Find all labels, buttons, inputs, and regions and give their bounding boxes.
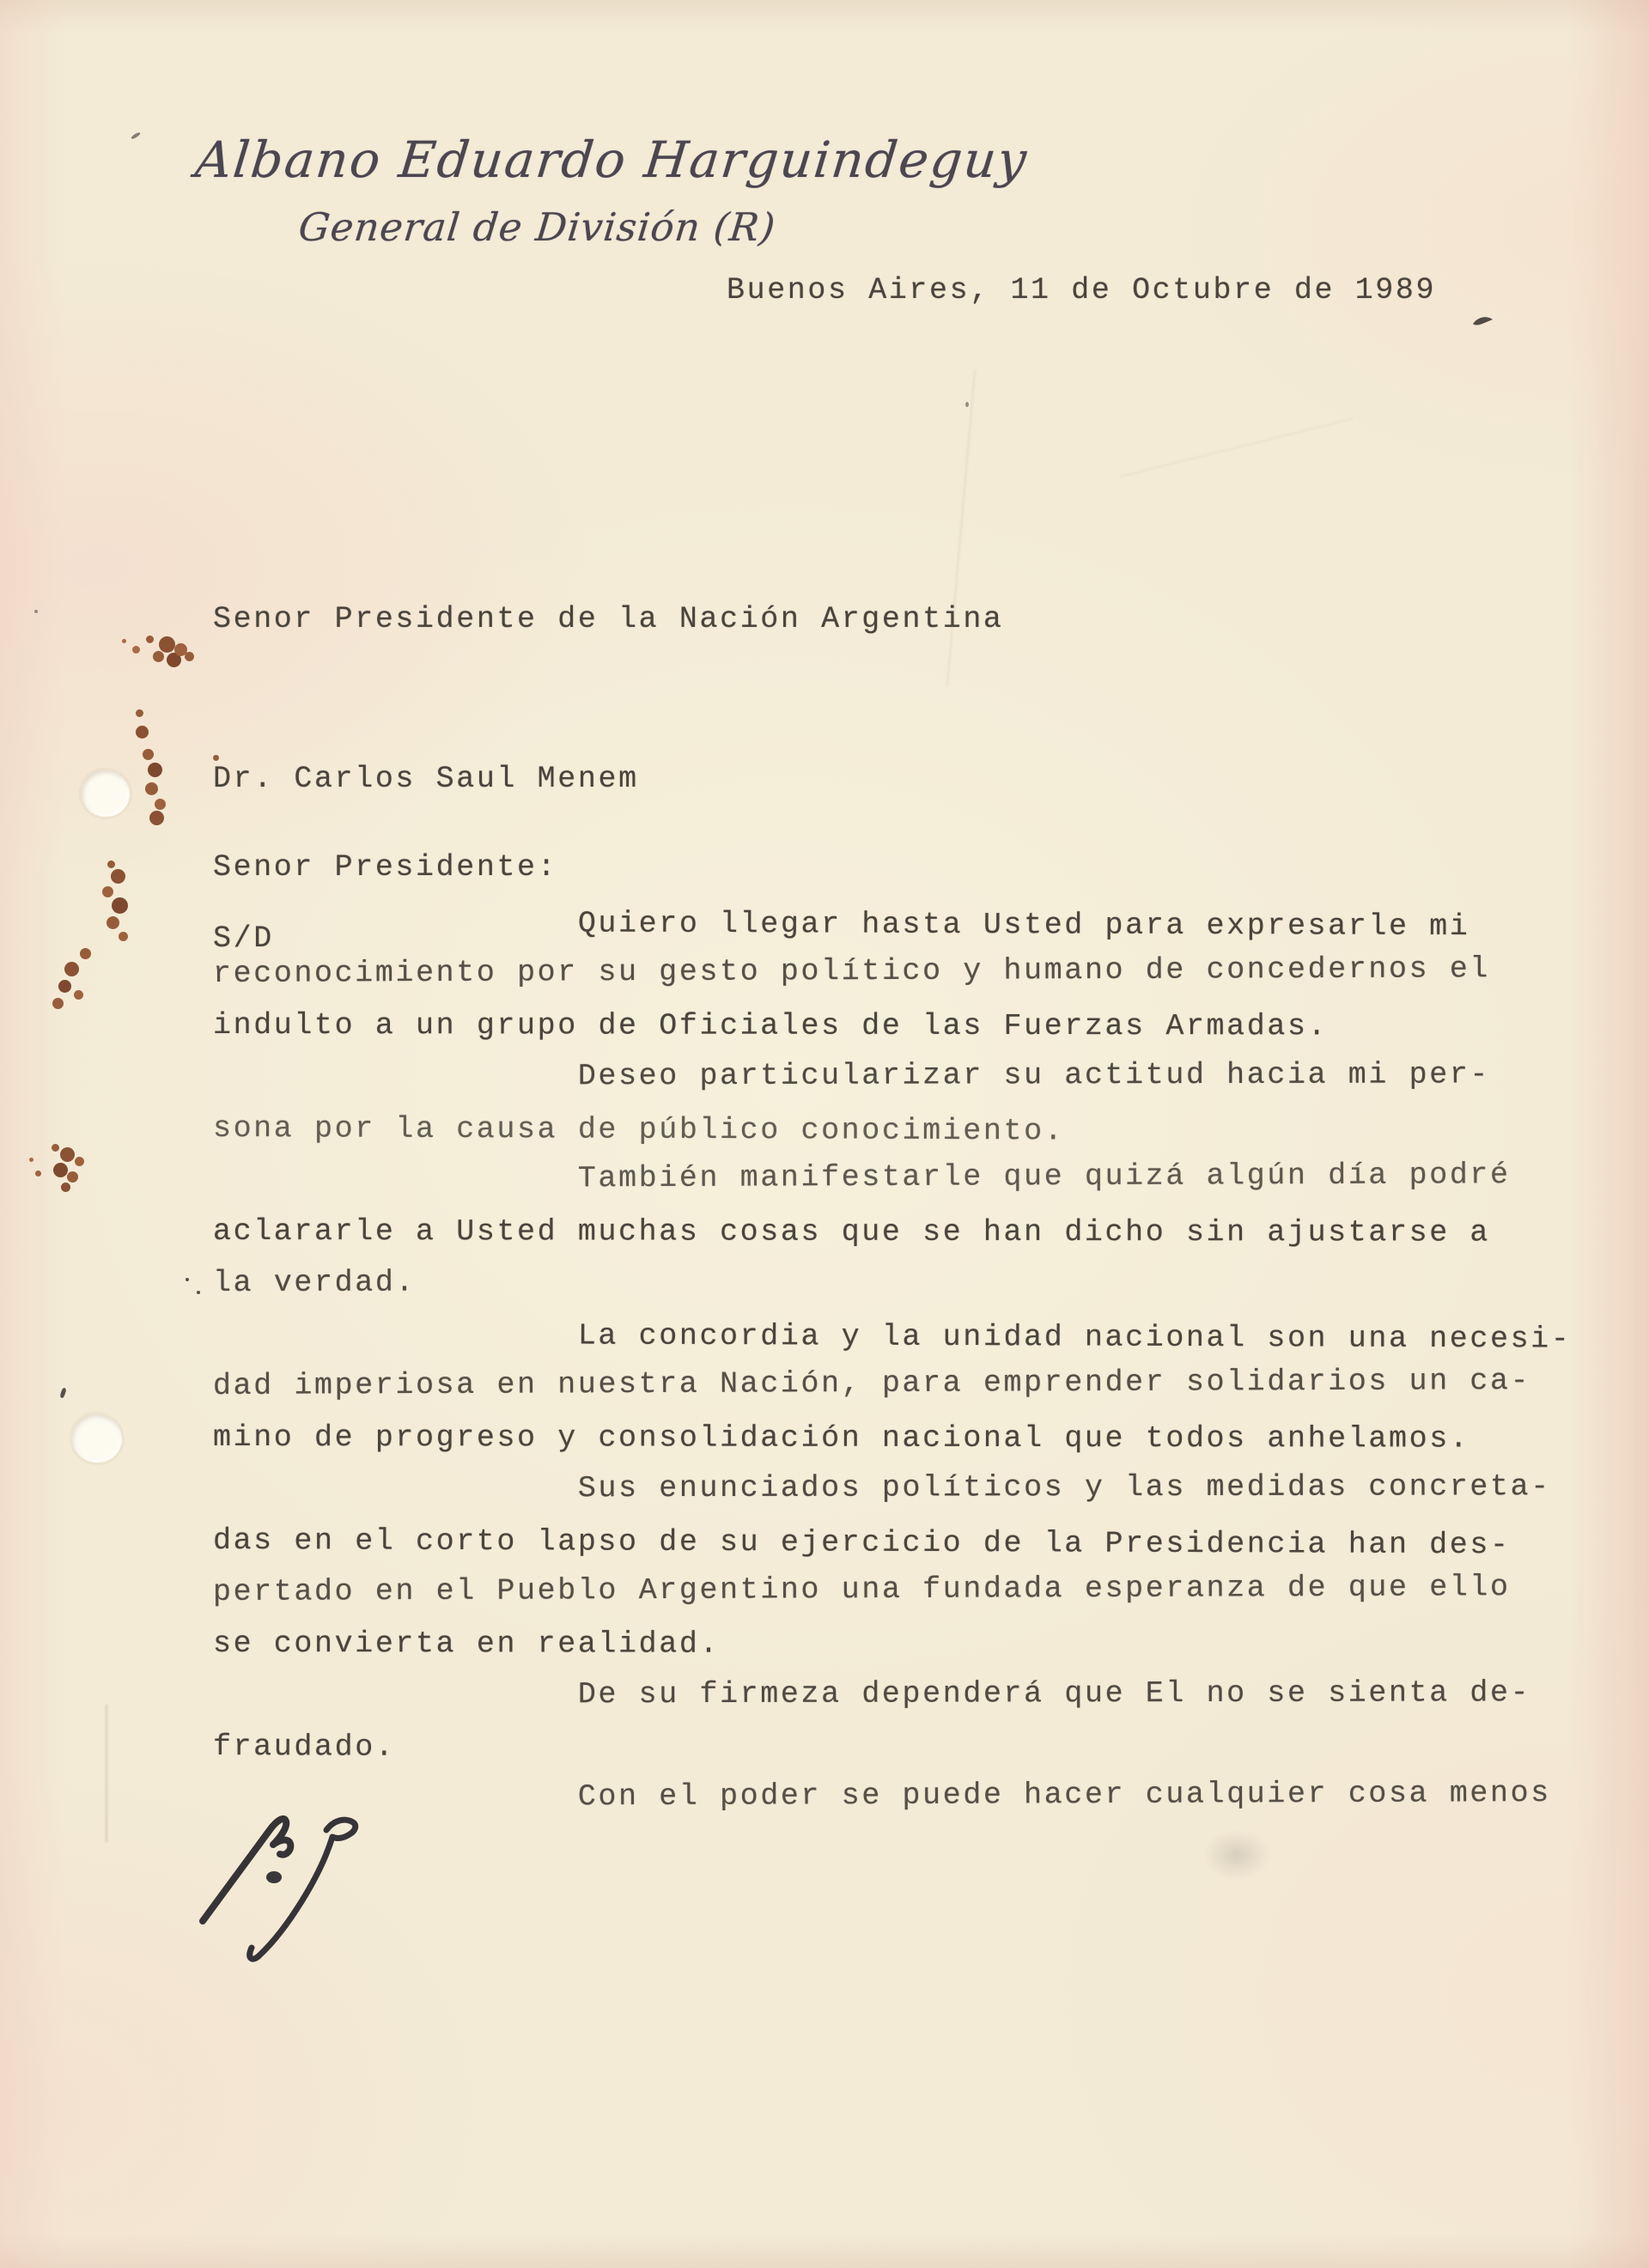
paper-crease bbox=[1120, 417, 1354, 477]
letter-body: Quiero llegar hasta Usted para expresarl… bbox=[213, 897, 1571, 1824]
body-line: También manifestarle que quizá algún día… bbox=[213, 1149, 1572, 1206]
punch-hole bbox=[69, 1411, 125, 1466]
signature-handwritten bbox=[191, 1799, 371, 1971]
smudge-mark bbox=[1202, 1829, 1271, 1881]
ink-fleck bbox=[965, 402, 969, 407]
rust-stain bbox=[52, 1144, 59, 1152]
body-line: pertado en el Pueblo Argentino una funda… bbox=[213, 1561, 1572, 1618]
body-line: indulto a un grupo de Oficiales de las F… bbox=[213, 1000, 1571, 1053]
letterhead-name: Albano Eduardo Harguindeguy bbox=[192, 131, 1031, 189]
ink-fleck bbox=[131, 131, 141, 140]
body-line: reconocimiento por su gesto político y h… bbox=[213, 943, 1572, 1000]
punch-hole bbox=[82, 770, 130, 817]
rust-stain bbox=[146, 635, 154, 643]
body-line: Sus enunciados políticos y las medidas c… bbox=[213, 1461, 1572, 1515]
letterhead-title: General de División (R) bbox=[296, 204, 778, 250]
recipient-line: Dr. Carlos Saul Menem bbox=[213, 752, 1004, 806]
ink-fleck bbox=[186, 1278, 189, 1281]
recipient-line: Senor Presidente de la Nación Argentina bbox=[213, 593, 1004, 646]
ink-fleck bbox=[59, 1388, 66, 1399]
pen-mark bbox=[1471, 314, 1495, 328]
ink-fleck bbox=[34, 610, 38, 613]
rust-stain bbox=[136, 709, 143, 717]
body-line: Con el poder se puede hacer cualquier co… bbox=[213, 1767, 1572, 1824]
ink-fleck bbox=[197, 1291, 200, 1294]
body-line: la verdad. bbox=[213, 1255, 1572, 1309]
body-line: Deseo particularizar su actitud hacia mi… bbox=[213, 1049, 1572, 1103]
body-line: aclararle a Usted muchas cosas que se ha… bbox=[213, 1206, 1571, 1259]
salutation: Senor Presidente: bbox=[213, 850, 557, 885]
paper-crease bbox=[106, 1705, 107, 1842]
body-line: dad imperiosa en nuestra Nación, para em… bbox=[213, 1355, 1572, 1412]
body-line: De su firmeza dependerá que El no se sie… bbox=[213, 1667, 1572, 1721]
letter-document: Albano Eduardo Harguindeguy General de D… bbox=[0, 0, 1649, 2268]
body-line: mino de progreso y consolidación naciona… bbox=[213, 1412, 1571, 1465]
date-line: Buenos Aires, 11 de Octubre de 1989 bbox=[727, 273, 1436, 307]
rust-stain bbox=[107, 860, 115, 868]
body-line: se convierta en realidad. bbox=[213, 1618, 1571, 1671]
